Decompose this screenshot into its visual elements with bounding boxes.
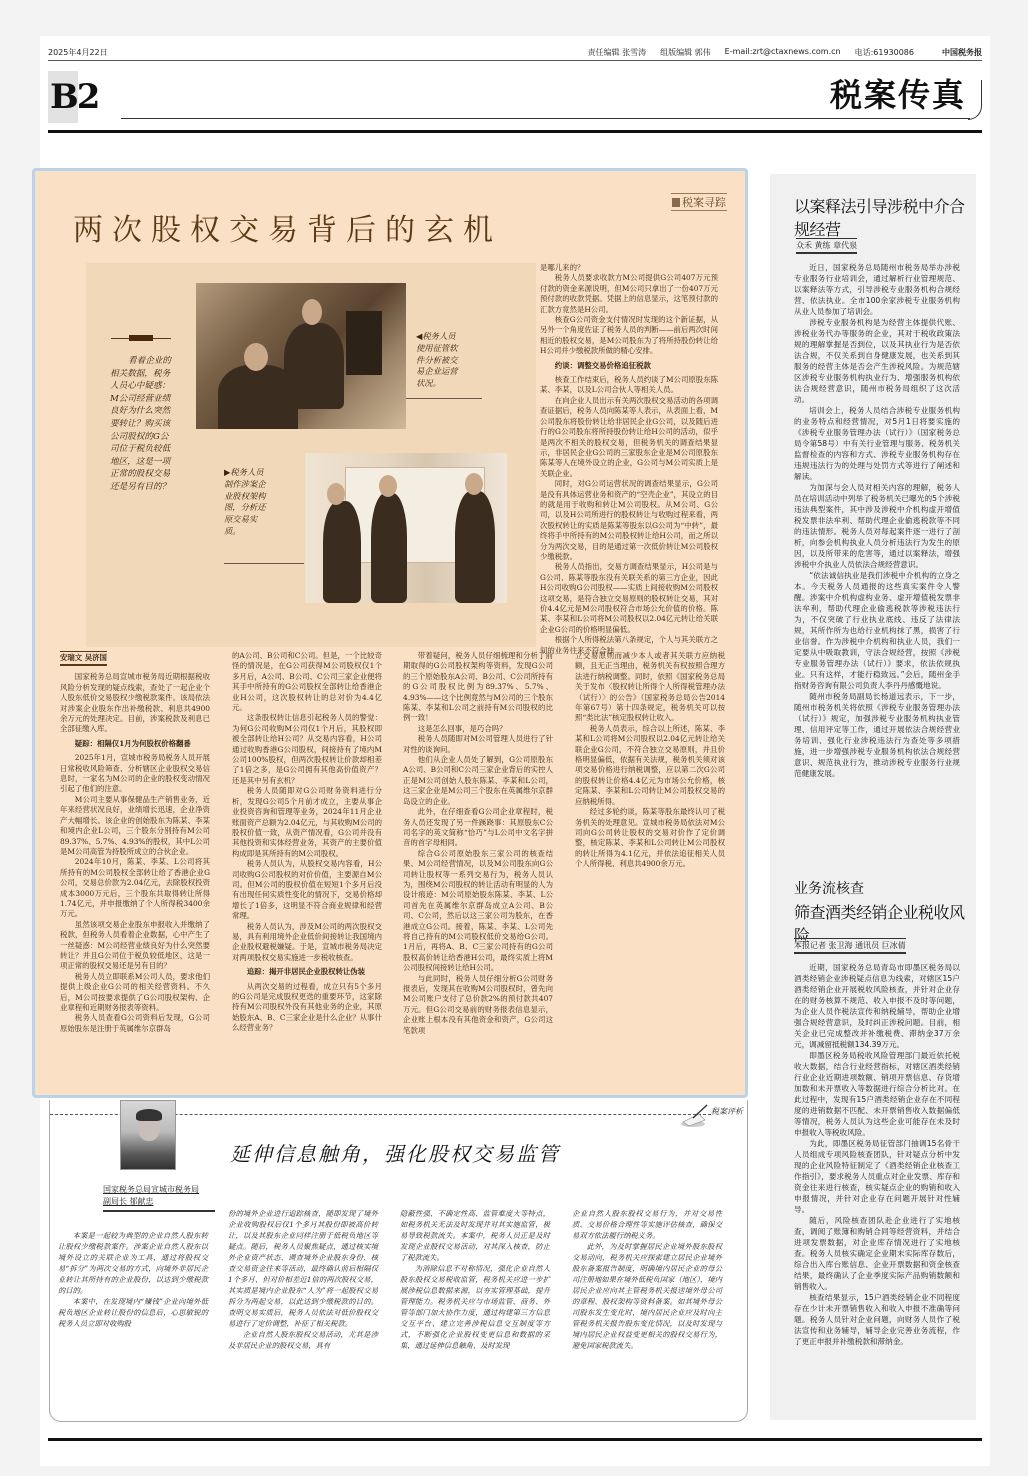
phone: 电话:61930086: [855, 47, 914, 58]
paragraph: 本案中，在发现境内“赚钱”企业向境外低税负地区企业转让股份的信息后，心思敏锐的税…: [58, 1296, 208, 1329]
article-column-2: 的A公司、B公司和C公司。但是，一个比较奇怪的情况是，在G公司获得M公司股权仅1…: [232, 651, 382, 1034]
paragraph: 随州市税务局副局长杨道远表示，下一步，随州市税务机关将依照《涉税专业服务管理办法…: [794, 691, 960, 779]
commentary-article: 税案评析 延伸信息触角，强化股权交易监管 国家税务总局宣城市税务局 副局长 郁献…: [49, 1100, 748, 1422]
photo-figure: [323, 501, 361, 603]
paragraph: 带着疑问，税务人员仔细梳理和分析了前期取得的G公司股权架构等资料，发现G公司的三…: [403, 651, 553, 724]
caption-rule: [406, 398, 482, 399]
paragraph: 核查结果显示，15户酒类经销企业不同程度存在少计未开票销售收入和收入申报不准确等…: [794, 1292, 960, 1347]
author-org: 国家税务总局宣城市税务局: [103, 1185, 199, 1194]
paragraph: 企业自然人股东股权交易行为，并对交易性质、交易价格合理性等实施评估核查，确保交易…: [572, 1208, 722, 1241]
photo-monitor: [346, 311, 382, 375]
article-column-right: 是哪儿来的？ 税务人员要求收款方M公司提供G公司407万元预付款的资金来源说明，…: [540, 263, 718, 656]
paragraph: 本案是一起较为典型的企业自然人股东转让股权少缴税款案件。涉案企业自然人股东以境外…: [58, 1230, 208, 1296]
paragraph: 从两次交易的过程看，成立只有5个多月的G公司是完成股权更迭的重要环节，这家除持有…: [232, 982, 382, 1034]
paragraph: 为加深与会人员对相关内容的理解，税务人员在培训活动中列举了税务机关已曝光的5个涉…: [794, 482, 960, 570]
paragraph: 税务人员查看G公司资料后发现，G公司原始股东是注册于英属维尔京群岛: [60, 1013, 210, 1034]
photo-section: 看着企业的相关数据，税务人员心中疑惑：M公司经营业绩良好为什么突然要转让？购买该…: [86, 263, 536, 647]
paragraph: 近期，国家税务总局青岛市即墨区税务局以酒类经销企业涉税疑点信息为线索，对辖区15…: [794, 962, 960, 1050]
email[interactable]: E-mail:zrt@ctaxnews.com.cn: [725, 47, 841, 58]
paragraph: 经过多轮约谈，陈某等股东最终认可了税务机关的处理意见。宣城市税务局依法对M公司向…: [575, 807, 725, 869]
paragraph: 综合G公司原始股东三家公司的核查结果、M公司经营情况，以及M公司股东向G公司转让…: [403, 849, 553, 974]
author-credit: 国家税务总局宣城市税务局 副局长 郁献忠: [103, 1184, 215, 1212]
sidebar-article-title: 以案释法引导涉税中介合规经营: [794, 194, 976, 240]
paragraph: 税务人员表示，综合以上所述，陈某、李某和L公司将M公司股权以2.04亿元转让给关…: [575, 724, 725, 807]
photo-figure: [379, 475, 397, 497]
paragraph: 立交易原则而减少本人或者其关联方应纳税额，且无正当理由，税务机关有权按照合理方法…: [575, 651, 725, 724]
paragraph: M公司主要从事保健品生产销售业务，近年来经营状况良好，业绩增长迅速，企业净资产大…: [60, 795, 210, 857]
portrait-hair: [136, 1109, 162, 1121]
commentary-column-3: 隐蔽性强、不确定性高、监管难度大等特点，如税务机关无法及时发现并对其实施监管，极…: [400, 1208, 550, 1351]
paragraph: 为消除信息不对称情况，强化企业自然人股东股权交易税收监管，税务机关应进一步扩展涉…: [400, 1263, 550, 1351]
photo-figure: [371, 493, 407, 603]
sidebar: 以案释法引导涉税中介合规经营 众禾 黄练 章代泉 近日，国家税务总局随州市税务局…: [770, 174, 976, 1420]
paragraph: 在向企业人员出示有关两次股权交易活动的各项调查证据后，税务人员向陈某等人表示，从…: [540, 396, 718, 479]
photo-figure: [327, 483, 345, 505]
paragraph: 税务人员认为，涉及M公司的两次股权交易，具有利用境外企业低价间接转让我国境内企业…: [232, 922, 382, 964]
article-column-1: 安瑞文 吴济国 国家税务总局宣城市税务局近期根据税收风险分析发现的疑点线索，查处…: [60, 651, 210, 1034]
commentary-title: 延伸信息触角，强化股权交易监管: [230, 1138, 560, 1167]
byline: 本报记者 张卫海 通讯员 巨冰倩: [794, 938, 906, 954]
article-column-3: 带着疑问，税务人员仔细梳理和分析了前期取得的G公司股权架构等资料，发现G公司的三…: [403, 651, 553, 1036]
paragraph: “依法诚信执业是我们涉税中介机构的立身之本。今天税务人员通报的这些真实案件令人警…: [794, 570, 960, 691]
paragraph: 这是怎么回事，是巧合吗？: [403, 724, 553, 734]
section-title: 税案传真: [830, 70, 966, 116]
subheading: 追踪：揭开非居民企业股权转让伪装: [232, 967, 382, 977]
byline: 众禾 黄练 章代泉: [796, 238, 857, 254]
photo-figure: [284, 323, 344, 409]
paragraph: 税务人员要求收款方M公司提供G公司407万元预付款的资金来源说明，但M公司只拿出…: [540, 273, 718, 315]
decorative-curve: [968, 80, 982, 120]
divider: [48, 60, 982, 61]
paragraph: 2024年10月，陈某、李某、L公司将其所持有的M公司股权全部转让给了香港企业G…: [60, 857, 210, 919]
photo-figure: [455, 491, 495, 603]
paragraph: 税务人员随即对M公司管理人员进行了针对性的谈询问。: [403, 734, 553, 755]
commentary-column-2: 份的境外企业进行追踪核查，随即发现了境外企业收购股权后仅1个多月其股份即被高价转…: [228, 1208, 378, 1351]
page-number: B2: [48, 71, 78, 123]
paragraph: 他们从企业人员处了解到，G公司原股东A公司、B公司和C公司三家企业背后的实控人正…: [403, 755, 553, 807]
photo-officers-at-whiteboard: [305, 453, 507, 603]
subheading: 约谈：调整交易价格追征税款: [540, 361, 718, 371]
caption-rule: [224, 563, 304, 564]
paragraph: 2025年1月，宣城市税务局税务人员开展日常税收风险筛查、分析辖区企业股权交易信…: [60, 753, 210, 795]
paragraph: 税务人员认为，从股权交易内容看，H公司收购G公司股权的对价价值，主要源自M公司。…: [232, 859, 382, 921]
paragraph: 核查G公司资金支付情况时发现的这个新证据，从另外一个角度佐证了税务人员的判断——…: [540, 315, 718, 357]
photo-caption: ◀税务人员使用征管软件分析被交易企业运营状况。: [416, 331, 460, 390]
paragraph: 的A公司、B公司和C公司。但是，一个比较奇怪的情况是，在G公司获得M公司股权仅1…: [232, 651, 382, 713]
paragraph: 虽然该项交易企业股东申报收入并缴纳了税款，但税务人员看着企业数据，心中产生了一丝…: [60, 920, 210, 972]
paragraph: 为此，即墨区税务局征管部门抽调15名骨干人员组成专项风险核查团队，针对疑点分析中…: [794, 1138, 960, 1215]
author-portrait: [120, 1100, 176, 1170]
photo-figure: [465, 473, 483, 495]
layout-editor: 组版编辑 郭伟: [660, 47, 711, 58]
editor: 责任编辑 张雪涛: [588, 47, 647, 58]
paragraph: 随后，风险核查团队赴企业进行了实地核查，调阅了账簿和购销合同等经营资料，并结合进…: [794, 1215, 960, 1292]
photo-figure: [244, 343, 268, 371]
paragraph: 即墨区税务局税收风险管理部门最近依托税收大数据，结合行业经营指标，对辖区酒类经销…: [794, 1050, 960, 1138]
paragraph: 核查工作结束后，税务人员约谈了M公司原股东陈某、李某，以及L公司合伙人等相关人员…: [540, 375, 718, 396]
sidebar-article-body: 近期，国家税务总局青岛市即墨区税务局以酒类经销企业涉税疑点信息为线索，对辖区15…: [794, 962, 960, 1347]
newspaper-page: 2025年4月22日 责任编辑 张雪涛 组版编辑 郭伟 E-mail:zrt@c…: [40, 36, 990, 1466]
commentary-tag: 税案评析: [711, 1106, 743, 1117]
divider: [121, 118, 970, 119]
commentary-column-1: 本案是一起较为典型的企业自然人股东转让股权少缴税款案件。涉案企业自然人股东以境外…: [58, 1230, 208, 1329]
paragraph: 与此同时，税务人员仔细分析G公司财务报表后，发现其在收购M公司股权时，曾先向M公…: [403, 974, 553, 1036]
paper-name: 中国税务报: [942, 47, 982, 58]
paragraph: 近日，国家税务总局随州市税务局举办涉税专业服务行业培训会，通过解析行业管理规范、…: [794, 262, 960, 317]
paragraph: 隐蔽性强、不确定性高、监管难度大等特点，如税务机关无法及时发现并对其实施监管，极…: [400, 1208, 550, 1263]
paragraph: 培训会上，税务人员结合涉税专业服务机构的业务特点和经营情况，对5月1日将要实施的…: [794, 405, 960, 482]
commentary-column-4: 企业自然人股东股权交易行为，并对交易性质、交易价格合理性等实施评估核查，确保交易…: [572, 1208, 722, 1351]
photo-figure: [302, 299, 322, 325]
sidebar-article-body: 近日，国家税务总局随州市税务局举办涉税专业服务行业培训会，通过解析行业管理规范、…: [794, 262, 960, 779]
paragraph: 税务人员立即联系M公司人员，要求他们提供上级企业G公司的相关经营资料。不久后，M…: [60, 972, 210, 1014]
paragraph: 国家税务总局宣城市税务局近期根据税收风险分析发现的疑点线索，查处了一起企业个人股…: [60, 672, 210, 734]
paragraph: 份的境外企业进行追踪核查，随即发现了境外企业收购股权后仅1个多月其股份即被高价转…: [228, 1208, 378, 1329]
square-icon: [672, 198, 680, 207]
article-title: 两次股权交易背后的玄机: [73, 205, 502, 249]
paragraph: 此外，在仔细查看G公司企业章程时，税务人员还发现了另一件蹊跷事：其原股东C公司名…: [403, 807, 553, 849]
paragraph: 是哪儿来的？: [540, 263, 718, 273]
pen-paper-icon: [679, 1104, 709, 1128]
paragraph: 税务人员指出，交易方调查结果显示，H公司是与G公司、陈某等股东没有关联关系的第三…: [540, 562, 718, 635]
paragraph: 这条股权转让信息引起税务人员的警觉：为何G公司收购M公司仅1个月后，其股权即被全…: [232, 713, 382, 786]
paragraph: 企业自然人股东股权交易活动，尤其是涉及非居民企业的股权交易，具有: [228, 1329, 378, 1351]
masthead-bar: 2025年4月22日 责任编辑 张雪涛 组版编辑 郭伟 E-mail:zrt@c…: [48, 46, 982, 58]
pullquote: 看着企业的相关数据，税务人员心中疑惑：M公司经营业绩良好为什么突然要转让？购买该…: [110, 355, 172, 494]
paragraph: 涉税专业服务机构是为经营主体提供代账、涉税业务代办等服务的企业，其对于税收政策法…: [794, 317, 960, 405]
divider: [48, 130, 982, 133]
issue-date: 2025年4月22日: [48, 47, 588, 58]
byline: 安瑞文 吴济国: [60, 651, 107, 666]
divider: [48, 1438, 982, 1441]
paragraph: 税务人员随即对G公司财务资料进行分析，发现G公司5个月前才成立，主要从事企业投资…: [232, 786, 382, 859]
author-name: 副局长 郁献忠: [103, 1197, 154, 1206]
photo-caption: ▶税务人员制作涉案企业股权架构图，分析还原交易实质。: [224, 467, 268, 538]
column-tag: 税案寻踪: [671, 193, 727, 211]
pullquote-rule: [111, 338, 171, 339]
sidebar-kicker: 业务流核查: [794, 878, 864, 898]
feature-article: 两次股权交易背后的玄机 税案寻踪 看着企业的相关数据，税务人员心中疑惑：M公司经…: [32, 168, 748, 1098]
photo-officers-at-computer: [196, 283, 406, 429]
article-column-4: 立交易原则而减少本人或者其关联方应纳税额，且无正当理由，税务机关有权按照合理方法…: [575, 651, 725, 870]
paragraph: 此外，为及时掌握居民企业境外股东股权交易动向，税务机关应探索建立居民企业境外股东…: [572, 1241, 722, 1351]
paragraph: 同时，对G公司运营状况的调查结果显示，G公司是没有具体运营业务和资产的“空壳企业…: [540, 479, 718, 562]
subheading: 疑踪：相隔仅1月为何股权价格翻番: [60, 739, 210, 749]
